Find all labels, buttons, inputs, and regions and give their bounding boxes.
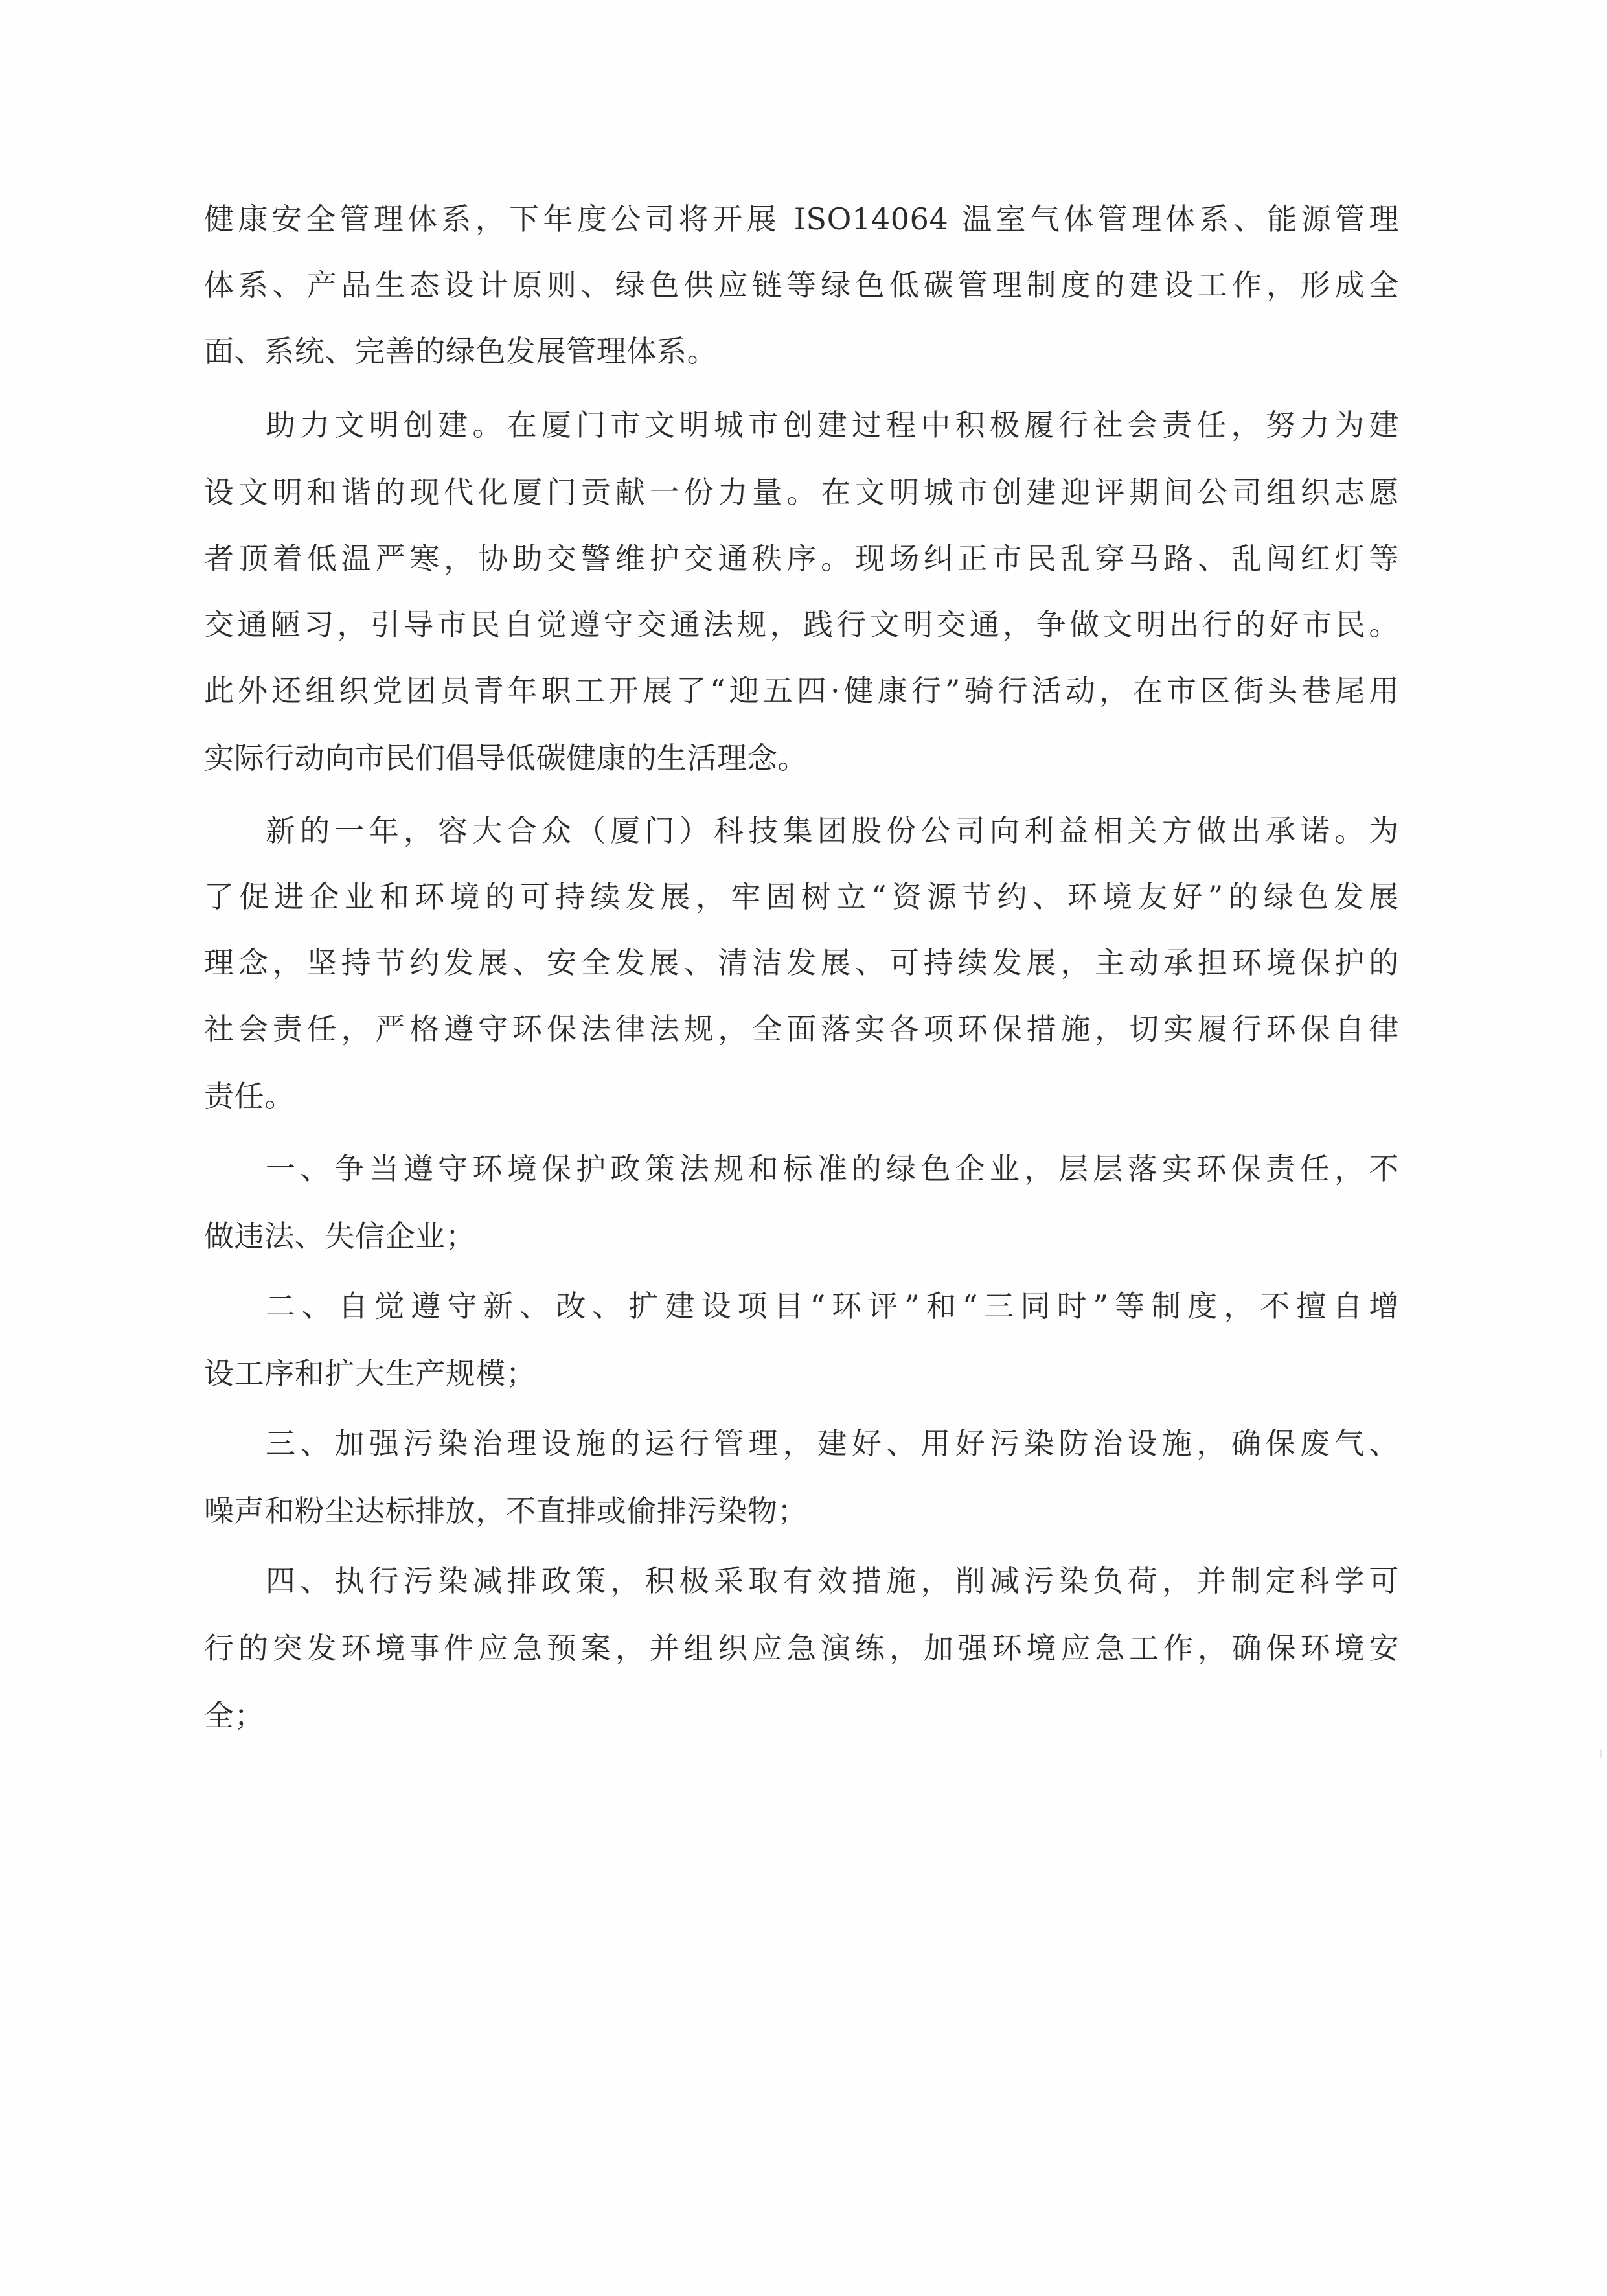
scan-artifact: [1600, 1749, 1602, 1758]
text-line: 助力文明创建。在厦门市文明城市创建过程中积极履行社会责任，努力为建: [266, 406, 1399, 444]
text-line: 者顶着低温严寒，协助交警维护交通秩序。现场纠正市民乱穿马路、乱闯红灯等: [204, 539, 1399, 578]
text-line: 责任。: [204, 1077, 1399, 1116]
text-line: 做违法、失信企业；: [204, 1217, 1399, 1256]
text-line: 此外还组织党团员青年职工开展了“迎五四·健康行”骑行活动，在市区街头巷尾用: [204, 671, 1399, 710]
text-line: 社会责任，严格遵守环保法律法规，全面落实各项环保措施，切实履行环保自律: [204, 1009, 1399, 1048]
text-line: 健康安全管理体系，下年度公司将开展 ISO14064 温室气体管理体系、能源管理: [204, 200, 1399, 238]
text-line: 设工序和扩大生产规模；: [204, 1354, 1399, 1393]
text-line: 行的突发环境事件应急预案，并组织应急演练，加强环境应急工作，确保环境安: [204, 1629, 1399, 1668]
document-page: 健康安全管理体系，下年度公司将开展 ISO14064 温室气体管理体系、能源管理…: [0, 0, 1607, 2296]
text-line: 噪声和粉尘达标排放，不直排或偷排污染物；: [204, 1491, 1399, 1530]
text-line: 理念，坚持节约发展、安全发展、清洁发展、可持续发展，主动承担环境保护的: [204, 943, 1399, 982]
text-line: 面、系统、完善的绿色发展管理体系。: [204, 332, 1399, 371]
text-line: 三、加强污染治理设施的运行管理，建好、用好污染防治设施，确保废气、: [266, 1424, 1399, 1463]
text-line: 全；: [204, 1696, 1399, 1735]
text-line: 新的一年，容大合众（厦门）科技集团股份公司向利益相关方做出承诺。为: [266, 811, 1399, 850]
text-line: 实际行动向市民们倡导低碳健康的生活理念。: [204, 739, 1399, 777]
text-line: 设文明和谐的现代化厦门贡献一份力量。在文明城市创建迎评期间公司组织志愿: [204, 473, 1399, 512]
text-line: 二、自觉遵守新、改、扩建设项目“环评”和“三同时”等制度，不擅自增: [266, 1287, 1399, 1326]
text-line: 四、执行污染减排政策，积极采取有效措施，削减污染负荷，并制定科学可: [266, 1561, 1399, 1600]
text-line: 交通陋习，引导市民自觉遵守交通法规，践行文明交通，争做文明出行的好市民。: [204, 605, 1399, 644]
text-line: 体系、产品生态设计原则、绿色供应链等绿色低碳管理制度的建设工作，形成全: [204, 266, 1399, 304]
text-line: 一、争当遵守环境保护政策法规和标准的绿色企业，层层落实环保责任，不: [266, 1149, 1399, 1188]
text-line: 了促进企业和环境的可持续发展，牢固树立“资源节约、环境友好”的绿色发展: [204, 877, 1399, 916]
